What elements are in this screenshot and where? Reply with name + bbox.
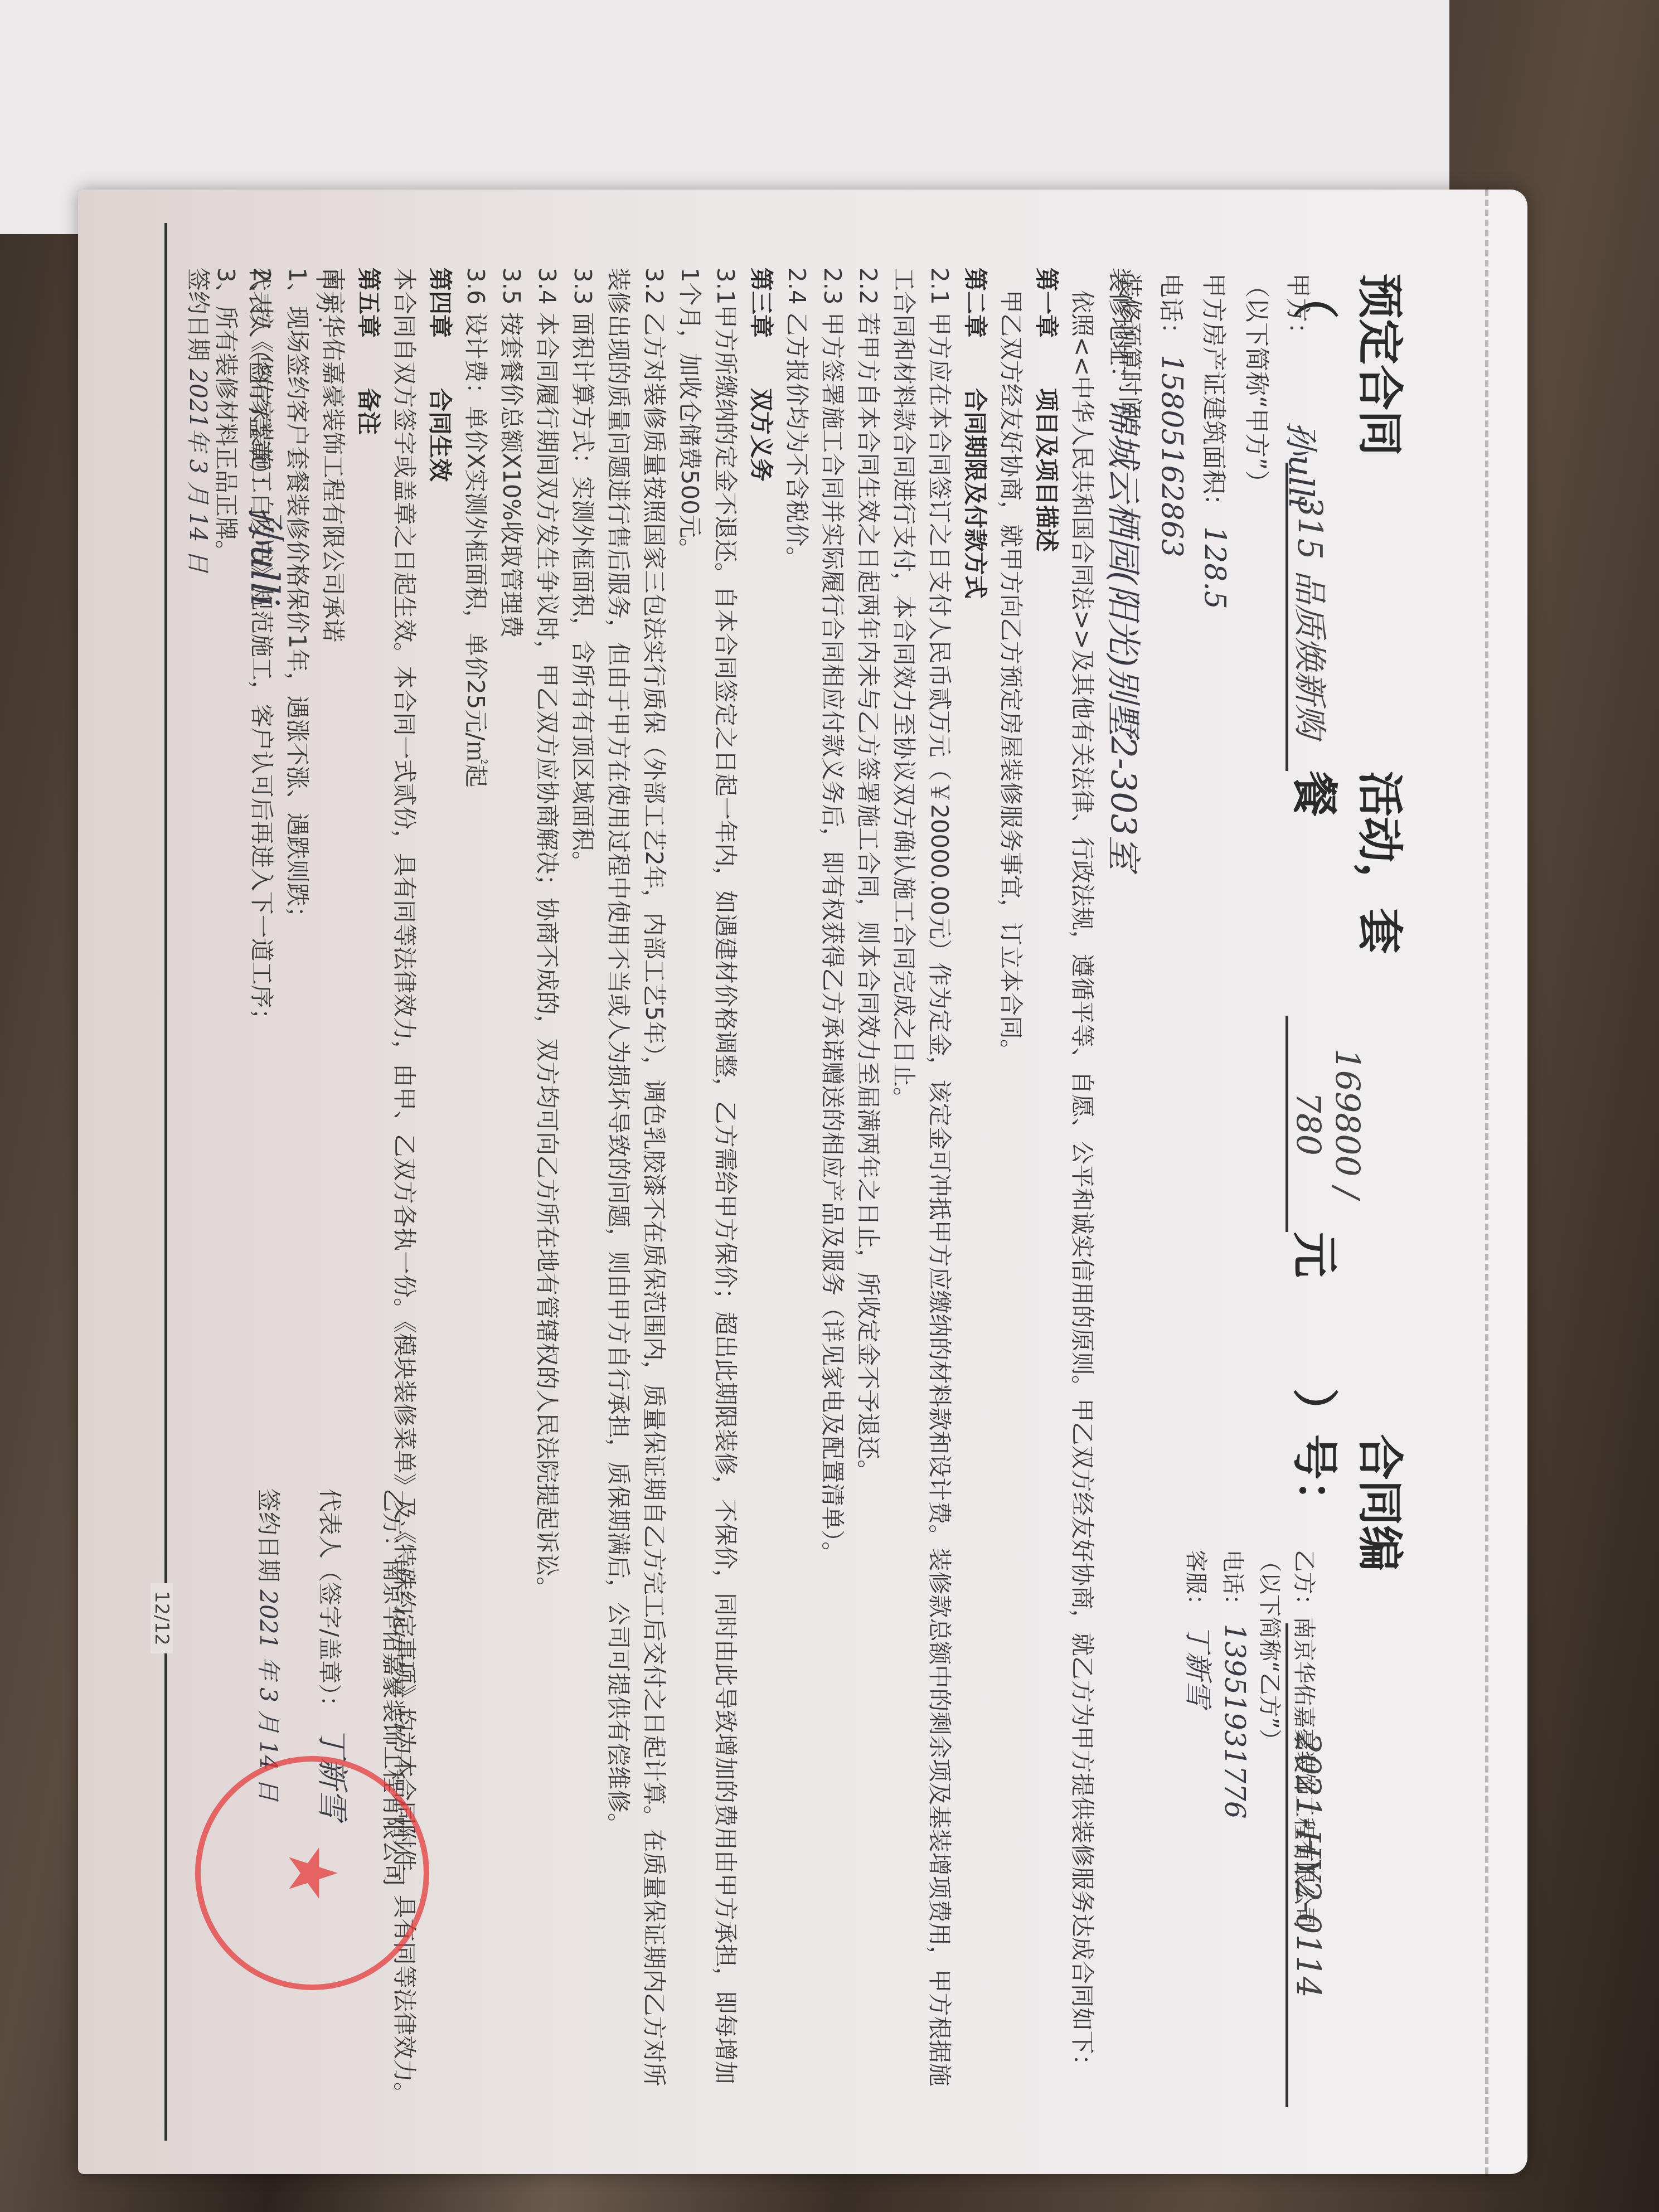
address-value: 锦城云栖园(阳光)别墅2-303室 [1103, 398, 1144, 870]
clause: 甲乙双方经友好协商，就甲方向乙方预定房屋装修服务事宜，订立本合同。 [993, 268, 1029, 2118]
footer-line [164, 223, 167, 2141]
chapter-number: 第五章 [355, 268, 382, 338]
clause: 工合同和材料款合同进行支付，本合同效力至协议双方确认施工合同完成之日止。 [886, 268, 921, 2118]
party-b-info: 乙方：南京华佑嘉豪装饰工程有限公司 （以下简称“乙方”） 电话： 1395193… [1178, 1550, 1321, 1929]
chapter-number: 第二章 [962, 268, 989, 338]
party-a-rep-label: 代表人（签字/盖章）： [246, 268, 273, 498]
clause: 3.6 设计费：单价X实测外框面积，单价25元/㎡起 [458, 268, 493, 2118]
chapter-title: 双方义务 [748, 388, 775, 482]
phone-label: 电话： [1156, 273, 1185, 347]
clause: 3.5 按套餐价总额X10%收取管理费 [493, 268, 529, 2118]
party-a-sign-date: 2021年 3 月 14 日 [185, 368, 212, 573]
clause: 2.1 甲方应在本合同签订之日支付人民币贰万元（￥20000.00元）作为定金，… [921, 268, 957, 2118]
area-label: 甲方房产证建筑面积： [1199, 273, 1228, 518]
star-icon: ★ [274, 1843, 351, 1903]
chapter-title: 合同期限及付款方式 [962, 388, 989, 599]
party-b-name: 南京华佑嘉豪装饰工程有限公司 [1291, 1617, 1317, 1929]
title-close-paren: ） [1286, 1388, 1351, 1434]
party-b-alias: （以下简称“乙方”） [1252, 1550, 1287, 1929]
party-a-signature-block: 甲方： 代表人（签字/盖章）： 孙ulli 签约日期 2021年 3 月 14 … [167, 268, 357, 607]
party-b-rep-label: 代表人（签字/盖章）： [316, 1488, 343, 1719]
chapter-number: 第一章 [1033, 268, 1060, 338]
address-label: 装修地址： [1105, 268, 1134, 390]
party-a-signature: 孙ulli [1281, 421, 1320, 508]
chapter-heading: 第一章项目及项目描述 [1029, 268, 1064, 2118]
party-a-rep-signature: 孙ulli [242, 506, 288, 607]
clause: 2.3 甲方签署施工合同并实际履行合同相应付款义务后，即有权获得乙方承诺赠送的相… [814, 268, 850, 2118]
clause: 3.3 面积计算方式：实测外框面积，含所有有顶区域面积。 [565, 268, 600, 2118]
chapter-title: 合同生效 [426, 388, 454, 482]
party-a-phone: 15805162863 [1155, 355, 1189, 557]
chapter-heading: 第三章双方义务 [743, 268, 779, 2118]
title-event-suffix: 活动，套餐 [1286, 771, 1416, 961]
chapter-heading: 第四章合同生效 [422, 268, 458, 2118]
clause: 3.2 乙方对装修质量按照国家三包法实行质保（外部工艺2年，内部工艺5年），调色… [636, 268, 672, 2118]
chapter-number: 第三章 [748, 268, 775, 338]
chapter-number: 第四章 [426, 268, 454, 338]
area-value: 128.5 [1198, 526, 1231, 609]
clause: 3.4 本合同履行期间双方发生争议时，甲乙双方应协商解决；协商不成的，双方均可向… [529, 268, 565, 2118]
sign-party-b-label: 乙方： [380, 1488, 407, 1559]
party-b-label: 乙方： [1291, 1550, 1317, 1617]
clause: 3.1甲方所缴纳的定金不退还。自本合同签定之日起一年内，如遇建材价格调整，乙方需… [707, 268, 743, 2118]
chapter-heading: 第二章合同期限及付款方式 [957, 268, 993, 2118]
clause: 装修出现的质量问题进行售后服务，但由于甲方在使用过程中使用不当或人为损坏导致的问… [600, 268, 636, 2118]
party-a-date-label: 签约日期 [185, 268, 212, 361]
party-b-date-label: 签约日期 [255, 1488, 282, 1582]
clause: 2.4 乙方报价均为不含税价。 [779, 268, 814, 2118]
price-unit: 元 [1286, 1232, 1351, 1278]
package-price-field: 169800 / 780 [1286, 1016, 1366, 1232]
party-a-label: 甲方： [1283, 273, 1312, 347]
party-b-phone: 13951931776 [1219, 1624, 1251, 1819]
perforation-line [1485, 190, 1488, 2174]
service-label: 客服： [1183, 1550, 1209, 1617]
chapter-title: 备注 [355, 388, 382, 435]
clause: 2.2 若甲方自本合同生效之日起两年内未与乙方签署施工合同，则本合同效力至届满两… [850, 268, 886, 2118]
party-a-alias: （以下简称“甲方”） [1235, 273, 1277, 609]
clause: 1个月，加收仓储费500元。 [672, 268, 707, 2118]
service-name: 丁新雪 [1182, 1624, 1214, 1707]
preamble: 依照<<中华人民共和国合同法>>及其他有关法律、行政法规，遵循平等、自愿、公平和… [1064, 268, 1100, 2118]
company-seal-stamp: ★ [195, 1756, 429, 1990]
chapter-title: 项目及项目描述 [1033, 388, 1060, 552]
party-b-phone-label: 电话： [1220, 1550, 1245, 1617]
page-number: 12/12 [151, 1583, 173, 1653]
contract-page: 预定合同（ 315 品质焕新购 活动，套餐 169800 / 780 元 ） 合… [78, 190, 1527, 2174]
sign-party-a-label: 甲方： [295, 268, 357, 607]
